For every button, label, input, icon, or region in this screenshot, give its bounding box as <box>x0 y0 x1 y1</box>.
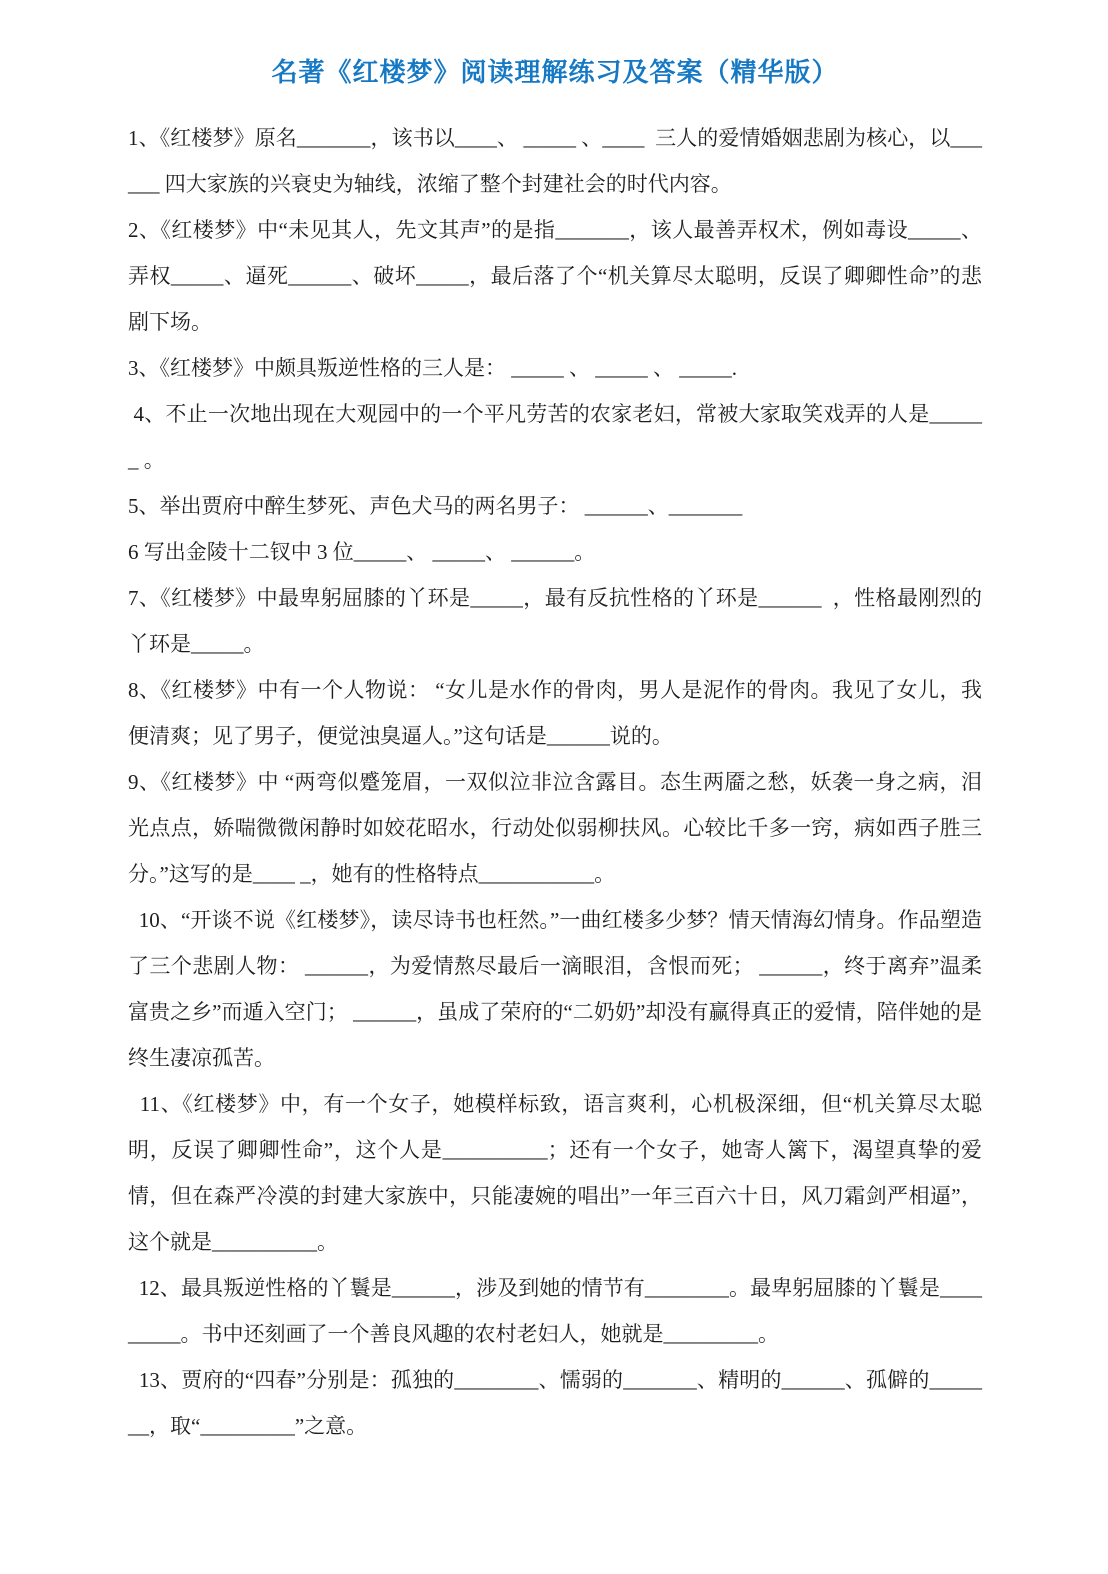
question-12: 12、最具叛逆性格的丫鬟是______，涉及到她的情节有________。最卑躬… <box>128 1265 982 1357</box>
question-5: 5、举出贾府中醉生梦死、声色犬马的两名男子： ______、_______ <box>128 483 982 529</box>
worksheet-body: 1、《红楼梦》原名_______，该书以____、 _____ 、____ 三人… <box>128 115 982 1449</box>
question-11: 11、《红楼梦》中，有一个女子，她模样标致，语言爽利，心机极深细，但“机关算尽太… <box>128 1081 982 1265</box>
question-3: 3、《红楼梦》中颇具叛逆性格的三人是： _____ 、 _____ 、 ____… <box>128 345 982 391</box>
page-title: 名著《红楼梦》阅读理解练习及答案（精华版） <box>128 52 982 89</box>
question-2: 2、《红楼梦》中“未见其人，先文其声”的是指_______，该人最善弄权术，例如… <box>128 207 982 345</box>
question-4: 4、不止一次地出现在大观园中的一个平凡劳苦的农家老妇，常被大家取笑戏弄的人是__… <box>128 391 982 483</box>
question-9: 9、《红楼梦》中 “两弯似蹙笼眉，一双似泣非泣含露目。态生两靥之愁，妖袭一身之病… <box>128 759 982 897</box>
question-1: 1、《红楼梦》原名_______，该书以____、 _____ 、____ 三人… <box>128 115 982 207</box>
question-7: 7、《红楼梦》中最卑躬屈膝的丫环是_____，最有反抗性格的丫环是______ … <box>128 575 982 667</box>
question-13: 13、贾府的“四春”分别是：孤独的________、懦弱的_______、精明的… <box>128 1357 982 1449</box>
question-10: 10、“开谈不说《红楼梦》，读尽诗书也枉然。”一曲红楼多少梦？情天情海幻情身。作… <box>128 897 982 1081</box>
question-8: 8、《红楼梦》中有一个人物说： “女儿是水作的骨肉，男人是泥作的骨肉。我见了女儿… <box>128 667 982 759</box>
question-6: 6 写出金陵十二钗中 3 位_____、 _____、 ______。 <box>128 529 982 575</box>
worksheet-page: 名著《红楼梦》阅读理解练习及答案（精华版） 1、《红楼梦》原名_______，该… <box>0 0 1108 1574</box>
